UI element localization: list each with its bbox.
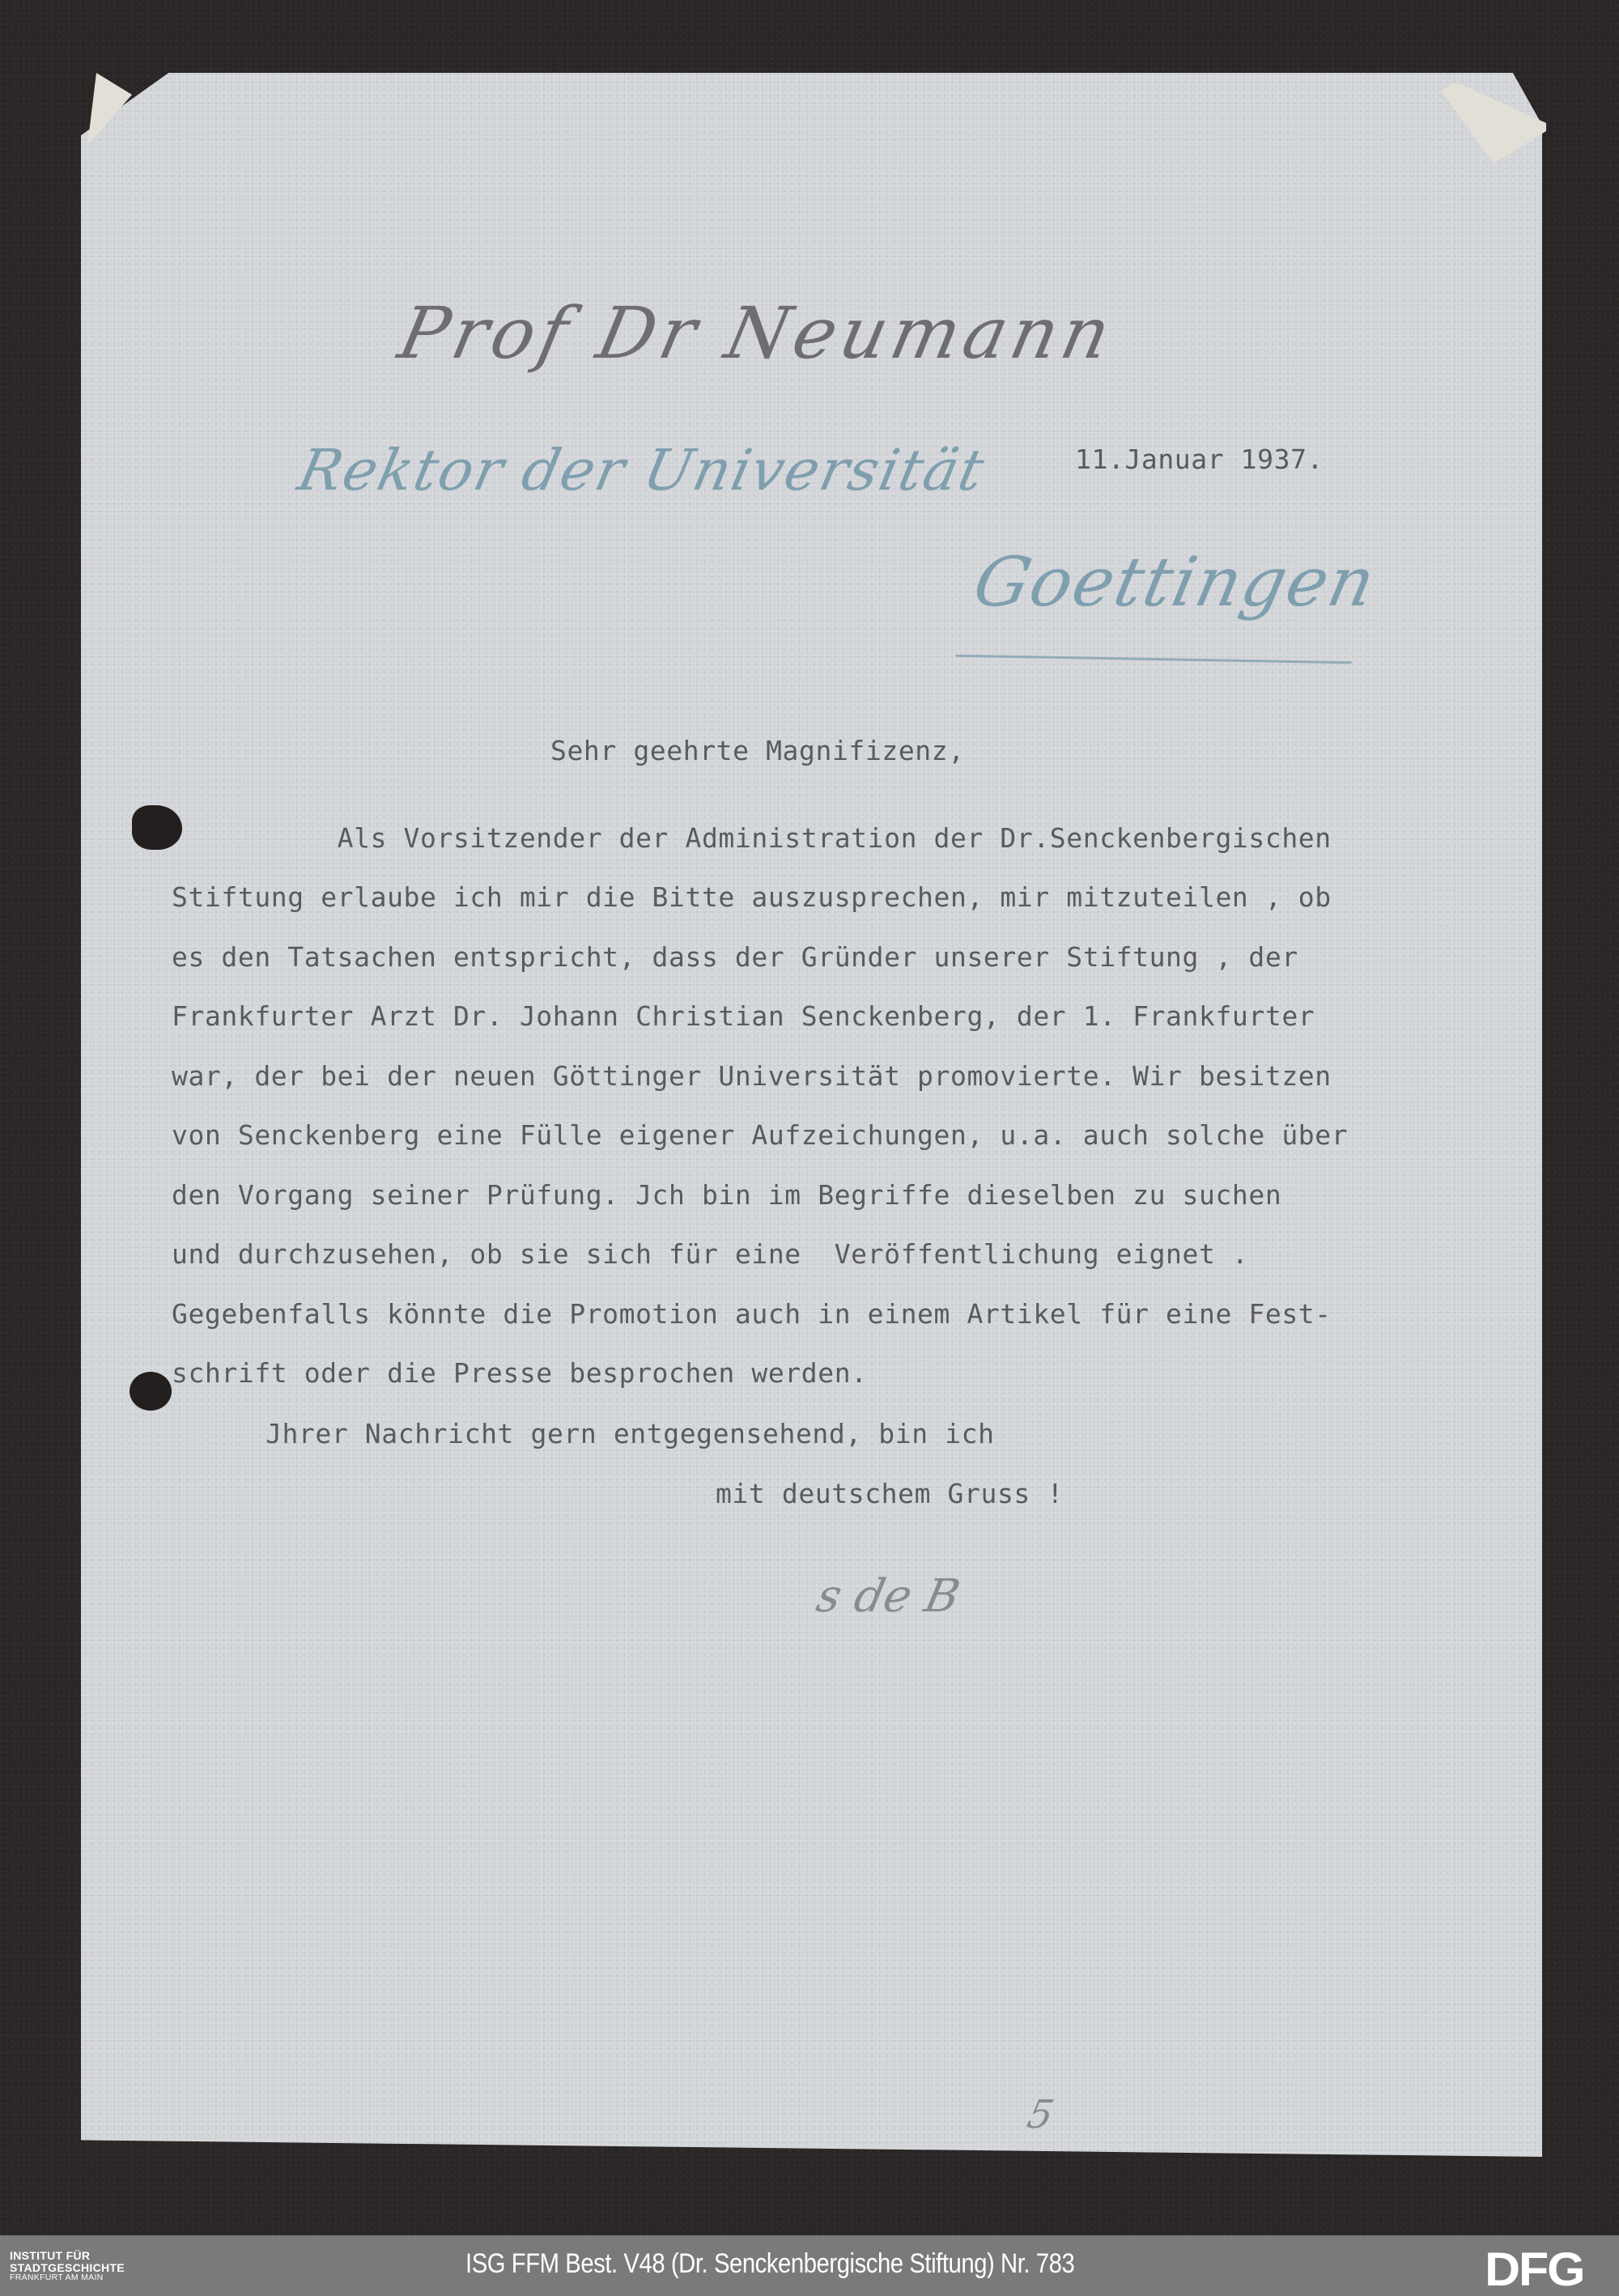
letter-paper (81, 73, 1542, 2157)
body-line: Als Vorsitzender der Administration der … (172, 822, 1332, 854)
footer-bar: INSTITUT FÜR STADTGESCHICHTE FRANKFURT A… (0, 2235, 1619, 2296)
institute-logo: INSTITUT FÜR STADTGESCHICHTE FRANKFURT A… (10, 2250, 125, 2282)
greeting-line: mit deutschem Gruss ! (716, 1478, 1064, 1509)
punch-hole-lower (130, 1372, 172, 1411)
handwritten-recipient-title: Rektor der Universität (292, 437, 991, 503)
institute-logo-line1: INSTITUT FÜR (10, 2250, 125, 2262)
salutation: Sehr geehrte Magnifizenz, (550, 735, 965, 766)
letter-date: 11.Januar 1937. (1075, 443, 1324, 475)
body-line: Frankfurter Arzt Dr. Johann Christian Se… (172, 1000, 1315, 1032)
closing-line: Jhrer Nachricht gern entgegensehend, bin… (266, 1418, 995, 1449)
body-line: schrift oder die Presse besprochen werde… (172, 1357, 868, 1389)
institute-logo-line2: STADTGESCHICHTE (10, 2262, 125, 2274)
handwritten-signature: s de B (812, 1570, 964, 1623)
handwritten-recipient-name: Prof Dr Neumann (392, 291, 1122, 375)
body-line: den Vorgang seiner Prüfung. Jch bin im B… (172, 1179, 1281, 1211)
dfg-logo: DFG (1485, 2247, 1583, 2294)
handwritten-recipient-place: Goettingen (967, 542, 1383, 622)
body-line: Gegebenfalls könnte die Promotion auch i… (172, 1298, 1332, 1330)
body-line: und durchzusehen, ob sie sich für eine V… (172, 1238, 1248, 1270)
body-line: war, der bei der neuen Göttinger Univers… (172, 1060, 1332, 1092)
body-line: von Senckenberg eine Fülle eigener Aufze… (172, 1119, 1348, 1151)
body-line: Stiftung erlaube ich mir die Bitte auszu… (172, 881, 1332, 913)
scan-area: Prof Dr Neumann Rektor der Universität 1… (0, 0, 1619, 2235)
archive-reference: ISG FFM Best. V48 (Dr. Senckenbergische … (465, 2248, 1074, 2280)
institute-logo-line3: FRANKFURT AM MAIN (10, 2273, 125, 2282)
body-line: es den Tatsachen entspricht, dass der Gr… (172, 941, 1298, 973)
